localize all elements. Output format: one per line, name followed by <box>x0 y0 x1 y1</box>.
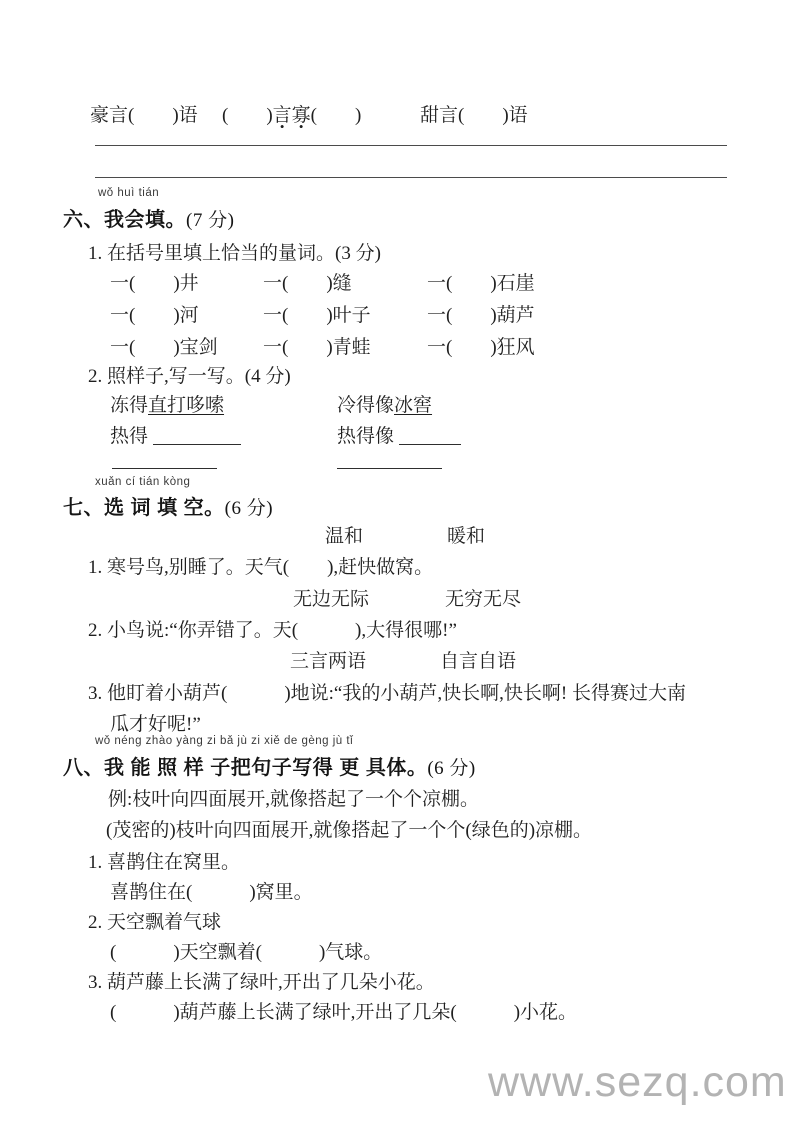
measure-word-item: 一( )狂风 <box>427 332 535 359</box>
measure-word-item: 一( )缝 <box>263 268 352 295</box>
measure-word-grid: 一( )井 一( )缝 一( )石崖 一( )河 一( )叶子 一( )葫芦 一… <box>110 268 730 364</box>
measure-word-item: 一( )河 <box>110 300 199 327</box>
section-8-q3-line2: ( )葫芦藤上长满了绿叶,开出了几朵( )小花。 <box>110 997 577 1024</box>
idiom-item-1: 豪言( )语 <box>90 100 198 127</box>
fill-phrase-1: 热得 <box>110 421 241 448</box>
measure-word-item: 一( )井 <box>110 268 199 295</box>
section-7-pinyin: xuǎn cí tián kòng <box>95 476 190 488</box>
writing-line-1 <box>95 145 727 146</box>
measure-word-item: 一( )葫芦 <box>427 300 535 327</box>
example-phrase-2: 冷得像冰窖 <box>337 390 432 417</box>
option-word: 温和 <box>325 521 363 548</box>
section-8-example-line2: (茂密的)枝叶向四面展开,就像搭起了一个个(绿色的)凉棚。 <box>106 815 592 842</box>
section-8-q1-line1: 1. 喜鹊住在窝里。 <box>88 847 240 874</box>
option-word: 无边无际 <box>293 584 369 611</box>
section-8-q2-line2: ( )天空飘着( )气球。 <box>110 937 382 964</box>
answer-blank <box>112 452 217 469</box>
section-6-pinyin: wǒ huì tián <box>98 187 159 199</box>
measure-word-item: 一( )叶子 <box>263 300 371 327</box>
section-7-q1: 1. 寒号鸟,别睡了。天气( ),赶快做窝。 <box>88 552 433 579</box>
section-8-q3-line1: 3. 葫芦藤上长满了绿叶,开出了几朵小花。 <box>88 967 435 994</box>
section-8-title-text: 八、我 能 照 样 子把句子写得 更 具体。 <box>63 757 427 779</box>
section-6-score: (7 分) <box>186 210 234 231</box>
option-word: 自言自语 <box>440 646 516 673</box>
option-word: 无穷无尽 <box>445 584 521 611</box>
emphasis-dots: •• <box>273 123 311 131</box>
idiom-item-2: ( )言寡••( ) <box>222 100 361 127</box>
section-8-q2-line1: 2. 天空飘着气球 <box>88 907 221 934</box>
example-phrase-1-prefix: 冻得 <box>110 395 148 416</box>
option-word: 三言两语 <box>290 646 366 673</box>
measure-word-item: 一( )石崖 <box>427 268 535 295</box>
writing-line-2 <box>95 177 727 178</box>
section-8-score: (6 分) <box>427 758 475 779</box>
section-7-title: 七、选 词 填 空。(6 分) <box>63 491 273 520</box>
section-7-title-text: 七、选 词 填 空。 <box>63 497 225 519</box>
answer-blank <box>337 452 442 469</box>
example-phrase-2-underlined: 冰窖 <box>394 395 432 416</box>
section-8-pinyin: wǒ néng zhào yàng zi bǎ jù zi xiě de gèn… <box>95 735 353 747</box>
section-6-q2-prompt: 2. 照样子,写一写。(4 分) <box>88 361 291 388</box>
section-7-q2: 2. 小鸟说:“你弄错了。天( ),大得很哪!” <box>88 615 457 642</box>
emphasis-dot: • <box>280 123 285 131</box>
fill-phrase-1-prefix: 热得 <box>110 426 148 447</box>
idiom-item-2-suffix: ( ) <box>311 105 362 126</box>
section-7-q3-line1: 3. 他盯着小葫芦( )地说:“我的小葫芦,快长啊,快长啊! 长得赛过大南 <box>88 678 686 705</box>
worksheet-page: 豪言( )语 ( )言寡••( ) 甜言( )语 wǒ huì tián 六、我… <box>0 0 800 1131</box>
answer-blank <box>153 428 241 445</box>
fill-phrase-2: 热得像 <box>337 421 461 448</box>
fill-phrase-2-prefix: 热得像 <box>337 426 394 447</box>
option-word: 暖和 <box>447 521 485 548</box>
measure-word-item: 一( )青蛙 <box>263 332 371 359</box>
section-6-title-text: 六、我会填。 <box>63 209 186 231</box>
idiom-item-3: 甜言( )语 <box>420 100 528 127</box>
measure-word-item: 一( )宝剑 <box>110 332 218 359</box>
section-8-q1-line2: 喜鹊住在( )窝里。 <box>110 877 313 904</box>
example-phrase-2-prefix: 冷得像 <box>337 395 394 416</box>
answer-blank <box>399 428 461 445</box>
example-phrase-1: 冻得直打哆嗦 <box>110 390 224 417</box>
example-phrase-1-underlined: 直打哆嗦 <box>148 395 224 416</box>
idiom-item-2-emphasized-word: 言寡•• <box>273 100 311 127</box>
section-7-q3-line2: 瓜才好呢!” <box>110 709 201 736</box>
idiom-item-2-prefix: ( ) <box>222 105 273 126</box>
section-6-title: 六、我会填。(7 分) <box>63 203 234 232</box>
section-7-score: (6 分) <box>225 498 273 519</box>
emphasis-dot: • <box>299 123 304 131</box>
section-8-example-line1: 例:枝叶向四面展开,就像搭起了一个个凉棚。 <box>108 784 479 811</box>
watermark: www.sezq.com <box>488 1058 787 1107</box>
section-6-q1-prompt: 1. 在括号里填上恰当的量词。(3 分) <box>88 238 381 265</box>
section-8-title: 八、我 能 照 样 子把句子写得 更 具体。(6 分) <box>63 751 476 780</box>
